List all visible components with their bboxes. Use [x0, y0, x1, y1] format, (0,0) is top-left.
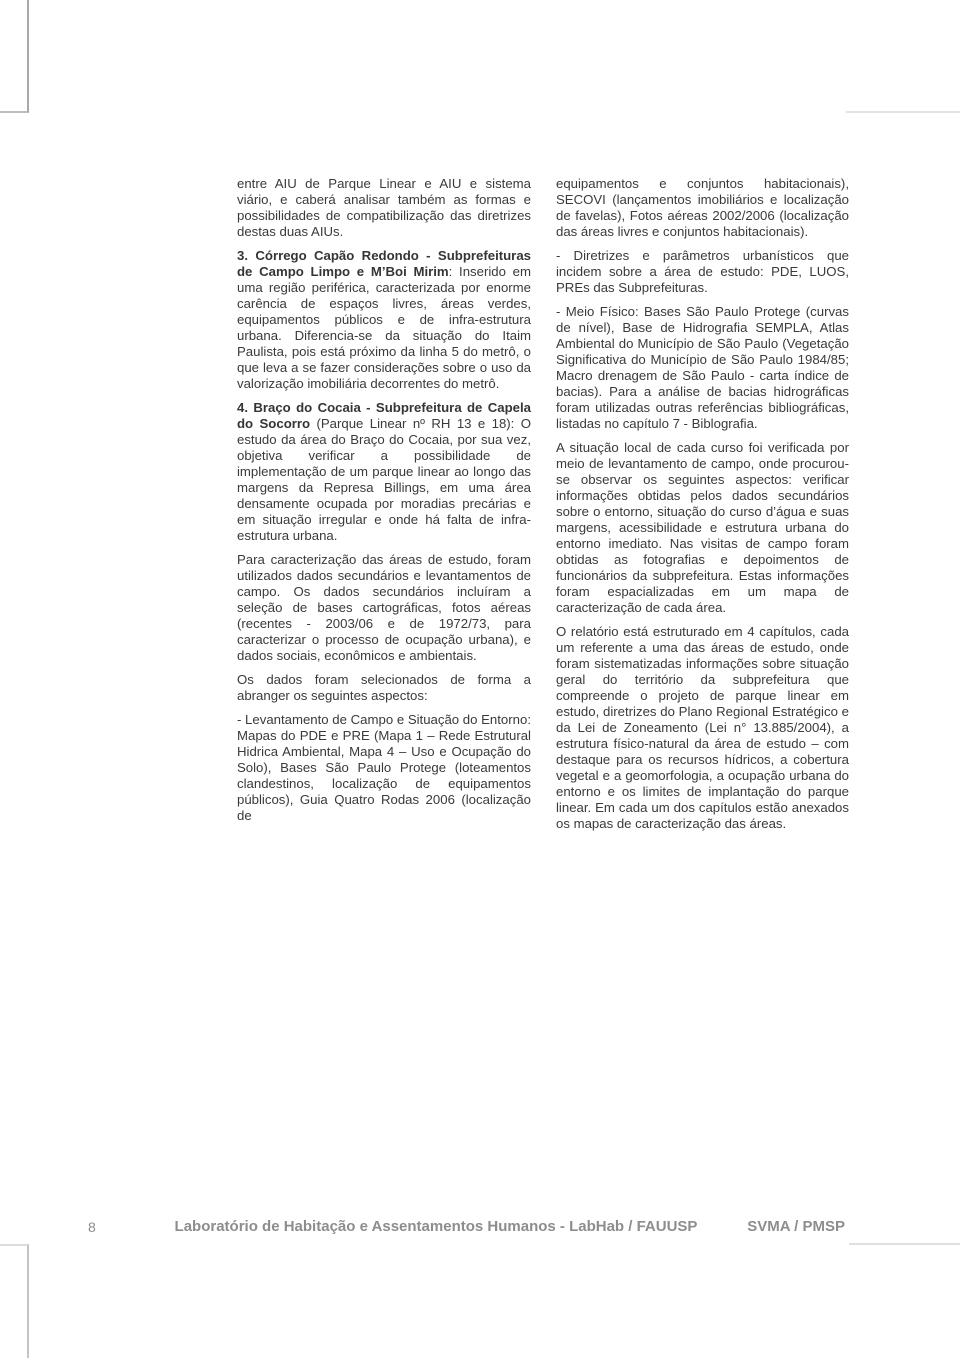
paragraph: - Levantamento de Campo e Situação do En… — [237, 712, 531, 824]
paragraph: A situação local de cada curso foi verif… — [556, 440, 849, 616]
footer-organization-label: Laboratório de Habitação e Assentamentos… — [150, 1217, 722, 1237]
paragraph-heading: 3. Córrego Capão Redondo - Subprefeitura… — [237, 248, 531, 279]
paragraph: equipamentos e conjuntos habitacionais),… — [556, 176, 849, 240]
paragraph: 3. Córrego Capão Redondo - Subprefeitura… — [237, 248, 531, 392]
page-edge-bottom-left — [0, 1244, 29, 1358]
paragraph: - Diretrizes e parâmetros urbanísticos q… — [556, 248, 849, 296]
paragraph: Para caracterização das áreas de estudo,… — [237, 552, 531, 664]
paragraph: O relatório está estruturado em 4 capítu… — [556, 624, 849, 832]
page-edge-top-right — [846, 111, 960, 113]
paragraph: - Meio Físico: Bases São Paulo Protege (… — [556, 304, 849, 432]
page-edge-top-left — [0, 0, 29, 113]
paragraph: entre AIU de Parque Linear e AIU e siste… — [237, 176, 531, 240]
paragraph-heading: 4. Braço do Cocaia - Subprefeitura de Ca… — [237, 400, 531, 431]
paragraph: Os dados foram selecionados de forma a a… — [237, 672, 531, 704]
paragraph: 4. Braço do Cocaia - Subprefeitura de Ca… — [237, 400, 531, 544]
footer-page-number: 8 — [88, 1218, 118, 1236]
document-page: entre AIU de Parque Linear e AIU e siste… — [0, 0, 960, 1358]
right-column: equipamentos e conjuntos habitacionais),… — [556, 176, 849, 840]
page-edge-bottom-right — [849, 1243, 960, 1245]
left-column: entre AIU de Parque Linear e AIU e siste… — [237, 176, 531, 832]
footer-agency-label: SVMA / PMSP — [700, 1217, 845, 1237]
